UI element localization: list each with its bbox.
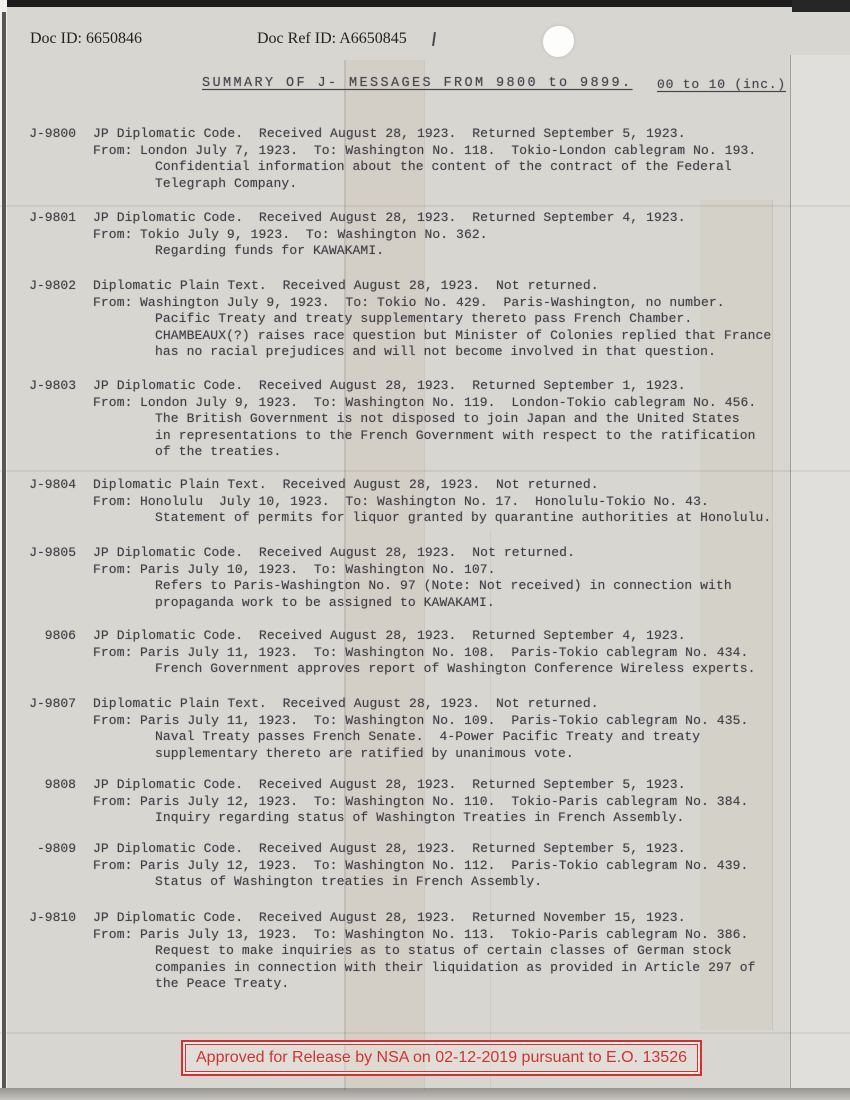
- summary-entry-j9808: 9808 JP Diplomatic Code. Received August…: [0, 777, 810, 827]
- entry-from-line: From:Tokio July 9, 1923. To: Washington …: [93, 227, 810, 244]
- summary-entry-j9807: J-9807 Diplomatic Plain Text. Received A…: [0, 696, 810, 762]
- from-label: From:: [93, 143, 140, 160]
- from-label: From:: [93, 227, 140, 244]
- entry-header: JP Diplomatic Code. Received August 28, …: [93, 628, 810, 645]
- entry-from-line: From:Paris July 13, 1923. To: Washington…: [93, 927, 810, 944]
- entry-id: J-9800: [12, 126, 76, 143]
- from-text: Honolulu July 10, 1923. To: Washington N…: [140, 494, 709, 509]
- paper-crease: [0, 470, 850, 472]
- punch-hole: [543, 26, 574, 57]
- from-text: London July 9, 1923. To: Washington No. …: [140, 395, 756, 410]
- summary-entry-j9809: -9809 JP Diplomatic Code. Received Augus…: [0, 841, 810, 891]
- from-text: Paris July 12, 1923. To: Washington No. …: [140, 794, 748, 809]
- release-stamp-text: Approved for Release by NSA on 02-12-201…: [196, 1049, 687, 1066]
- entry-id: J-9807: [12, 696, 76, 713]
- from-text: Paris July 12, 1923. To: Washington No. …: [140, 858, 748, 873]
- from-label: From:: [93, 562, 140, 579]
- entry-header: JP Diplomatic Code. Received August 28, …: [93, 545, 810, 562]
- scan-top-edge: [0, 0, 850, 7]
- paper-crease: [0, 1032, 850, 1034]
- doc-ref-id: Doc Ref ID: A6650845: [257, 30, 407, 48]
- pen-mark: [432, 32, 436, 46]
- scanned-document-page: Doc ID: 6650846 Doc Ref ID: A6650845 SUM…: [0, 0, 850, 1100]
- summary-entry-j9804: J-9804 Diplomatic Plain Text. Received A…: [0, 477, 810, 527]
- from-text: London July 7, 1923. To: Washington No. …: [140, 143, 756, 158]
- entry-desc-line: Confidential information about the conte…: [93, 159, 810, 176]
- entry-header: JP Diplomatic Code. Received August 28, …: [93, 910, 810, 927]
- summary-entry-j9810: J-9810 JP Diplomatic Code. Received Augu…: [0, 910, 810, 993]
- entry-desc-line: supplementary thereto are ratified by un…: [93, 746, 810, 763]
- entry-id: 9806: [12, 628, 76, 645]
- entry-desc-line: French Government approves report of Was…: [93, 661, 810, 678]
- from-text: Washington July 9, 1923. To: Tokio No. 4…: [140, 295, 725, 310]
- from-text: Paris July 13, 1923. To: Washington No. …: [140, 927, 748, 942]
- entry-desc-line: Pacific Treaty and treaty supplementary …: [93, 311, 810, 328]
- entry-id: J-9804: [12, 477, 76, 494]
- entry-from-line: From:Paris July 12, 1923. To: Washington…: [93, 858, 810, 875]
- entry-header: Diplomatic Plain Text. Received August 2…: [93, 696, 810, 713]
- from-label: From:: [93, 713, 140, 730]
- entry-header: JP Diplomatic Code. Received August 28, …: [93, 378, 810, 395]
- entry-desc-line: Statement of permits for liquor granted …: [93, 510, 810, 527]
- from-text: Paris July 11, 1923. To: Washington No. …: [140, 645, 748, 660]
- entry-desc-line: the Peace Treaty.: [93, 976, 810, 993]
- entry-header: JP Diplomatic Code. Received August 28, …: [93, 210, 810, 227]
- from-label: From:: [93, 395, 140, 412]
- entry-from-line: From:Paris July 12, 1923. To: Washington…: [93, 794, 810, 811]
- entry-from-line: From:London July 7, 1923. To: Washington…: [93, 143, 810, 160]
- entry-id: J-9802: [12, 278, 76, 295]
- entry-from-line: From:Washington July 9, 1923. To: Tokio …: [93, 295, 810, 312]
- entry-desc-line: Telegraph Company.: [93, 176, 810, 193]
- from-label: From:: [93, 494, 140, 511]
- from-text: Paris July 10, 1923. To: Washington No. …: [140, 562, 496, 577]
- entry-header: Diplomatic Plain Text. Received August 2…: [93, 477, 810, 494]
- from-label: From:: [93, 794, 140, 811]
- entry-desc-line: Request to make inquiries as to status o…: [93, 943, 810, 960]
- doc-id: Doc ID: 6650846: [30, 30, 142, 48]
- page-title: SUMMARY OF J- MESSAGES FROM 9800 to 9899…: [202, 76, 633, 91]
- from-label: From:: [93, 645, 140, 662]
- entry-from-line: From:Honolulu July 10, 1923. To: Washing…: [93, 494, 810, 511]
- from-text: Tokio July 9, 1923. To: Washington No. 3…: [140, 227, 488, 242]
- entry-from-line: From:Paris July 11, 1923. To: Washington…: [93, 645, 810, 662]
- from-label: From:: [93, 927, 140, 944]
- entry-header: Diplomatic Plain Text. Received August 2…: [93, 278, 810, 295]
- entry-desc-line: Inquiry regarding status of Washington T…: [93, 810, 810, 827]
- entry-from-line: From:London July 9, 1923. To: Washington…: [93, 395, 810, 412]
- from-label: From:: [93, 858, 140, 875]
- entry-desc-line: has no racial prejudices and will not be…: [93, 344, 810, 361]
- entry-desc-line: of the treaties.: [93, 444, 810, 461]
- summary-entry-j9802: J-9802 Diplomatic Plain Text. Received A…: [0, 278, 810, 361]
- entry-desc-line: Naval Treaty passes French Senate. 4-Pow…: [93, 729, 810, 746]
- entry-desc-line: propaganda work to be assigned to KAWAKA…: [93, 595, 810, 612]
- entry-desc-line: The British Government is not disposed t…: [93, 411, 810, 428]
- entry-desc-line: Regarding funds for KAWAKAMI.: [93, 243, 810, 260]
- release-stamp: Approved for Release by NSA on 02-12-201…: [181, 1040, 702, 1076]
- entry-id: J-9810: [12, 910, 76, 927]
- entry-id: 9808: [12, 777, 76, 794]
- scan-top-corner: [792, 0, 850, 12]
- entry-desc-line: Refers to Paris-Washington No. 97 (Note:…: [93, 578, 810, 595]
- entry-id: J-9801: [12, 210, 76, 227]
- page-title-range: 00 to 10 (inc.): [657, 77, 786, 92]
- entry-from-line: From:Paris July 11, 1923. To: Washington…: [93, 713, 810, 730]
- entry-desc-line: in representations to the French Governm…: [93, 428, 810, 445]
- entry-desc-line: companies in connection with their liqui…: [93, 960, 810, 977]
- summary-entry-j9803: J-9803 JP Diplomatic Code. Received Augu…: [0, 378, 810, 461]
- summary-entry-j9806: 9806 JP Diplomatic Code. Received August…: [0, 628, 810, 678]
- from-label: From:: [93, 295, 140, 312]
- paper-crease: [0, 205, 850, 207]
- from-text: Paris July 11, 1923. To: Washington No. …: [140, 713, 748, 728]
- summary-entry-j9805: J-9805 JP Diplomatic Code. Received Augu…: [0, 545, 810, 611]
- summary-entry-j9801: J-9801 JP Diplomatic Code. Received Augu…: [0, 210, 810, 260]
- entry-desc-line: CHAMBEAUX(?) raises race question but Mi…: [93, 328, 810, 345]
- entry-desc-line: Status of Washington treaties in French …: [93, 874, 810, 891]
- entry-id: J-9805: [12, 545, 76, 562]
- summary-entry-j9800: J-9800 JP Diplomatic Code. Received Augu…: [0, 126, 810, 192]
- entry-id: -9809: [12, 841, 76, 858]
- entry-header: JP Diplomatic Code. Received August 28, …: [93, 777, 810, 794]
- entry-id: J-9803: [12, 378, 76, 395]
- entry-from-line: From:Paris July 10, 1923. To: Washington…: [93, 562, 810, 579]
- scan-bottom-edge: [0, 1088, 850, 1100]
- entry-header: JP Diplomatic Code. Received August 28, …: [93, 126, 810, 143]
- entry-header: JP Diplomatic Code. Received August 28, …: [93, 841, 810, 858]
